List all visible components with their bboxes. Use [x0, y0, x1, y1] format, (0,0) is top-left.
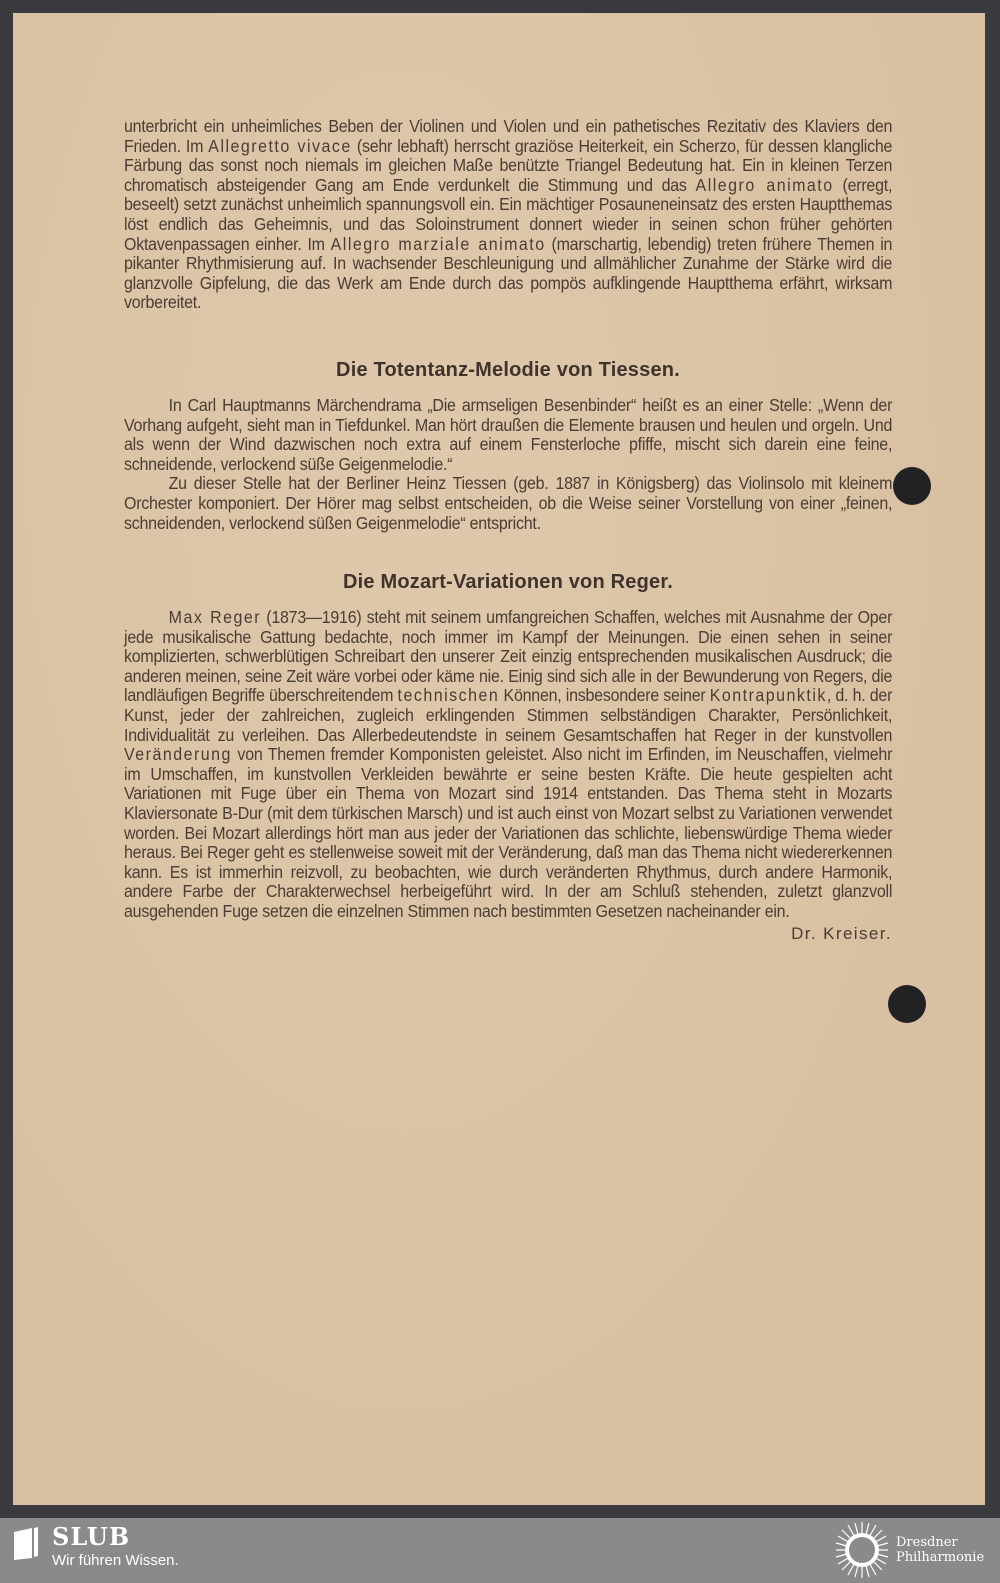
- emphasis: Kontrapunktik: [710, 685, 827, 705]
- book-icon: [12, 1526, 42, 1567]
- text-run: Können, insbesondere seiner: [499, 685, 710, 705]
- emphasis: technischen: [398, 685, 500, 705]
- punch-hole-top: [893, 467, 931, 505]
- tempo-marking: Allegretto vivace: [208, 136, 351, 156]
- section-heading-tiessen: Die Totentanz-Melodie von Tiessen.: [124, 359, 892, 382]
- emphasis: Veränderung: [124, 744, 232, 764]
- logo-line-2: Philharmonie: [896, 1550, 984, 1565]
- author-signature: Dr. Kreiser.: [124, 924, 892, 944]
- slub-logo-text: SLUB: [52, 1522, 130, 1551]
- logo-line-1: Dresdner: [896, 1535, 984, 1550]
- dresdner-philharmonie-logo-text: Dresdner Philharmonie: [896, 1535, 984, 1565]
- footer-banner: SLUB Wir führen Wissen. Dresdner Philhar…: [0, 1518, 1000, 1583]
- text-run: von Themen fremder Komponisten geleistet…: [124, 744, 892, 921]
- tempo-marking: Allegro marziale animato: [331, 234, 546, 254]
- intro-paragraph: unterbricht ein unheimliches Beben der V…: [124, 117, 892, 313]
- tiessen-paragraph-1: In Carl Hauptmanns Märchendrama „Die arm…: [124, 396, 892, 474]
- punch-hole-bottom: [888, 985, 926, 1023]
- reger-paragraph: Max Reger (1873—1916) steht mit seinem u…: [124, 608, 892, 922]
- sunburst-ring-icon: [834, 1520, 890, 1583]
- composer-name: Max Reger: [169, 607, 261, 627]
- section-heading-reger: Die Mozart-Variationen von Reger.: [124, 571, 892, 594]
- tiessen-paragraph-2: Zu dieser Stelle hat der Berliner Heinz …: [124, 474, 892, 533]
- tempo-marking: Allegro animato: [696, 175, 834, 195]
- slub-tagline: Wir führen Wissen.: [52, 1552, 179, 1569]
- page-content: unterbricht ein unheimliches Beben der V…: [124, 117, 892, 944]
